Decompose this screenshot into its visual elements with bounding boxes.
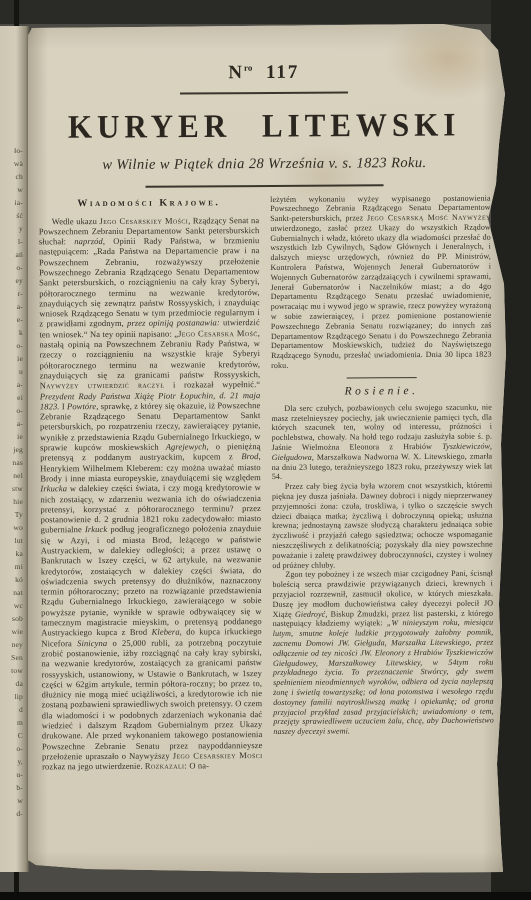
issue-superscript: ro	[244, 63, 252, 73]
edge-text-fragment: m	[0, 716, 23, 729]
scan-bottom-bar	[0, 892, 531, 900]
edge-text-fragment: lut	[0, 534, 23, 547]
newspaper-page: Nro 117 KURYER LITEWSKI w Wilnie w Piąte…	[28, 24, 506, 873]
edge-text-fragment: kó	[0, 573, 23, 586]
masthead: Nro 117 KURYER LITEWSKI w Wilnie w Piąte…	[38, 61, 491, 188]
newspaper-title: KURYER LITEWSKI	[38, 105, 490, 146]
edge-text-fragment: u-	[0, 768, 23, 781]
edge-text-fragment: ney	[0, 638, 23, 651]
edge-text-fragment: wie	[0, 625, 23, 638]
masthead-rule-bottom	[146, 184, 384, 187]
edge-text-fragment: ei	[0, 391, 23, 404]
edge-text-fragment: o-	[0, 742, 23, 755]
text-segment: Naywyżey utwierdzić raczył	[40, 380, 165, 391]
edge-text-fragment: a-	[0, 300, 23, 313]
edge-text-fragment: r-	[0, 287, 23, 300]
masthead-rule-top	[180, 91, 348, 94]
edge-text-fragment: ie	[0, 430, 23, 443]
paragraph: Zgon tey pobożney i ze wszech miar czcig…	[272, 569, 494, 737]
dateline: w Wilnie w Piątek dnia 28 Września v. s.…	[38, 154, 490, 174]
text-segment: Giedroyć	[295, 609, 325, 618]
edge-text-fragment: ka	[0, 547, 23, 560]
paragraph: Wedle ukazu Jego Cesarskiey Mości, Rządz…	[39, 215, 263, 772]
edge-text-fragment: ło-	[0, 144, 23, 157]
text-segment: Powtóre	[67, 401, 96, 411]
paragraph: Przez cały bieg życia była wzorem cnot w…	[272, 481, 493, 571]
text-segment: Jego Cesarska Mość	[178, 328, 258, 338]
text-segment: Giełgudowa	[272, 453, 312, 462]
edge-text-fragment: tow	[0, 664, 23, 677]
text-segment: Przez cały bieg życia była wzorem cnot w…	[272, 481, 493, 570]
issue-number: Nro 117	[38, 61, 490, 86]
text-segment: , Opinii Rady Państwa, w brzmieniu nastę…	[39, 235, 260, 329]
issue-label: N	[228, 62, 244, 83]
edge-text-fragment: C	[0, 729, 23, 742]
text-columns: Wiadomości Krajowe. Wedle ukazu Jego Ces…	[39, 193, 495, 828]
edge-text-fragment: stw	[0, 482, 23, 495]
edge-text-fragment: a-	[0, 417, 23, 430]
edge-text-fragment: y,	[0, 755, 23, 768]
scanned-newspaper-view: ło-wàchwia-śćyl-ańo-eyr-a-e-ko-ieua-eio-…	[0, 0, 531, 900]
scan-top-shadow	[0, 0, 531, 24]
edge-text-fragment: Sen	[0, 651, 23, 664]
text-segment: o 25,000 rubli, za potrzebną poczytuie z…	[41, 637, 262, 762]
text-segment: Irkuck	[85, 524, 107, 534]
edge-text-fragment: w	[0, 794, 23, 807]
text-segment: i rozkazał wypełnić.“	[164, 379, 260, 390]
edge-text-fragment: sob	[0, 612, 23, 625]
section-heading-domestic-news: Wiadomości Krajowe.	[39, 197, 260, 209]
edge-text-fragment: y	[0, 222, 23, 235]
edge-text-fragment: jeg	[0, 443, 23, 456]
column-left-blocks: Wedle ukazu Jego Cesarskiey Mości, Rządz…	[39, 215, 263, 772]
text-segment: Jego Cesarskiey Mości	[173, 750, 263, 761]
edge-text-fragment: d-	[0, 807, 23, 820]
edge-text-fragment: wo	[0, 521, 23, 534]
edge-text-fragment: hie	[0, 495, 23, 508]
edge-text-fragment: e-	[0, 313, 23, 326]
text-segment: Wedle ukazu	[52, 216, 100, 226]
edge-text-fragment: Ty	[0, 508, 23, 521]
edge-text-fragment: ań	[0, 248, 23, 261]
text-segment: „W ninieyszym roku, miesiącu lutym, smut…	[273, 618, 494, 736]
column-right: leżytém wykonaniu wyżey wypisanego posta…	[270, 193, 494, 826]
edge-text-fragment: ść	[0, 209, 23, 222]
paragraph: Dla serc czułych, pozbawionych celu swoj…	[271, 402, 492, 482]
edge-text-fragment: mi	[0, 560, 23, 573]
edge-text-fragment: o-	[0, 261, 23, 274]
text-segment: przez opiniją postanawia:	[127, 318, 223, 329]
edge-text-fragment: nel	[0, 469, 23, 482]
edge-text-fragment: o-	[0, 339, 23, 352]
edge-text-fragment: w	[0, 183, 23, 196]
text-segment: Agrejewych	[166, 441, 207, 451]
edge-text-fragment: lip	[0, 690, 23, 703]
text-segment: Jego Cesarskiey Mości	[99, 215, 188, 226]
text-segment: naprzód	[74, 236, 103, 246]
text-segment: ,	[490, 442, 492, 451]
edge-text-fragment: o-	[0, 404, 23, 417]
adjacent-page-text-fragments: ło-wàchwia-śćyl-ańo-eyr-a-e-ko-ieua-eio-…	[0, 26, 29, 820]
edge-text-fragment: ch	[0, 170, 23, 183]
section-rule	[346, 377, 416, 378]
edge-text-fragment: b-	[0, 781, 23, 794]
edge-text-fragment: wc	[0, 599, 23, 612]
edge-text-fragment: nat	[0, 586, 23, 599]
edge-text-fragment: l-	[0, 235, 23, 248]
edge-text-fragment: ia-	[0, 196, 23, 209]
edge-text-fragment: da	[0, 677, 23, 690]
paragraph: leżytém wykonaniu wyżey wypisanego posta…	[270, 193, 492, 371]
text-segment: Sinicyna	[77, 638, 107, 648]
edge-text-fragment: k	[0, 326, 23, 339]
text-segment: Klebera	[152, 627, 180, 637]
edge-text-fragment: ie	[0, 352, 23, 365]
text-segment: Brod	[241, 451, 258, 461]
edge-text-fragment: d	[0, 703, 23, 716]
column-left: Wiadomości Krajowe. Wedle ukazu Jego Ces…	[39, 195, 263, 828]
edge-text-fragment: wà	[0, 157, 23, 170]
adjacent-page-edge: ło-wàchwia-śćyl-ańo-eyr-a-e-ko-ieua-eio-…	[0, 26, 29, 872]
text-segment: Rozkazali:	[145, 761, 187, 771]
column-right-blocks: leżytém wykonaniu wyżey wypisanego posta…	[270, 193, 494, 737]
text-segment: Tyszkiewiczów	[442, 442, 490, 451]
edge-text-fragment: u	[0, 365, 23, 378]
issue-value: 117	[266, 62, 300, 83]
text-segment: Irkucka	[40, 483, 67, 493]
edge-text-fragment: nas	[0, 456, 23, 469]
edge-text-fragment: a-	[0, 378, 23, 391]
section-heading: Rosienie.	[271, 384, 492, 397]
edge-text-fragment: ey	[0, 274, 23, 287]
text-segment: podług jeograficznego położenia znayduie…	[41, 523, 262, 637]
page-content: Nro 117 KURYER LITEWSKI w Wilnie w Piąte…	[26, 23, 509, 828]
text-segment: rozkaz na jego utwierdzenie.	[42, 761, 145, 772]
text-segment: Jego Cesarską Mość Naywyżey	[367, 213, 491, 223]
text-segment: O na-	[187, 761, 209, 771]
text-segment: utwierdzonego, zasłać przez Ukazy do wsz…	[270, 223, 491, 371]
